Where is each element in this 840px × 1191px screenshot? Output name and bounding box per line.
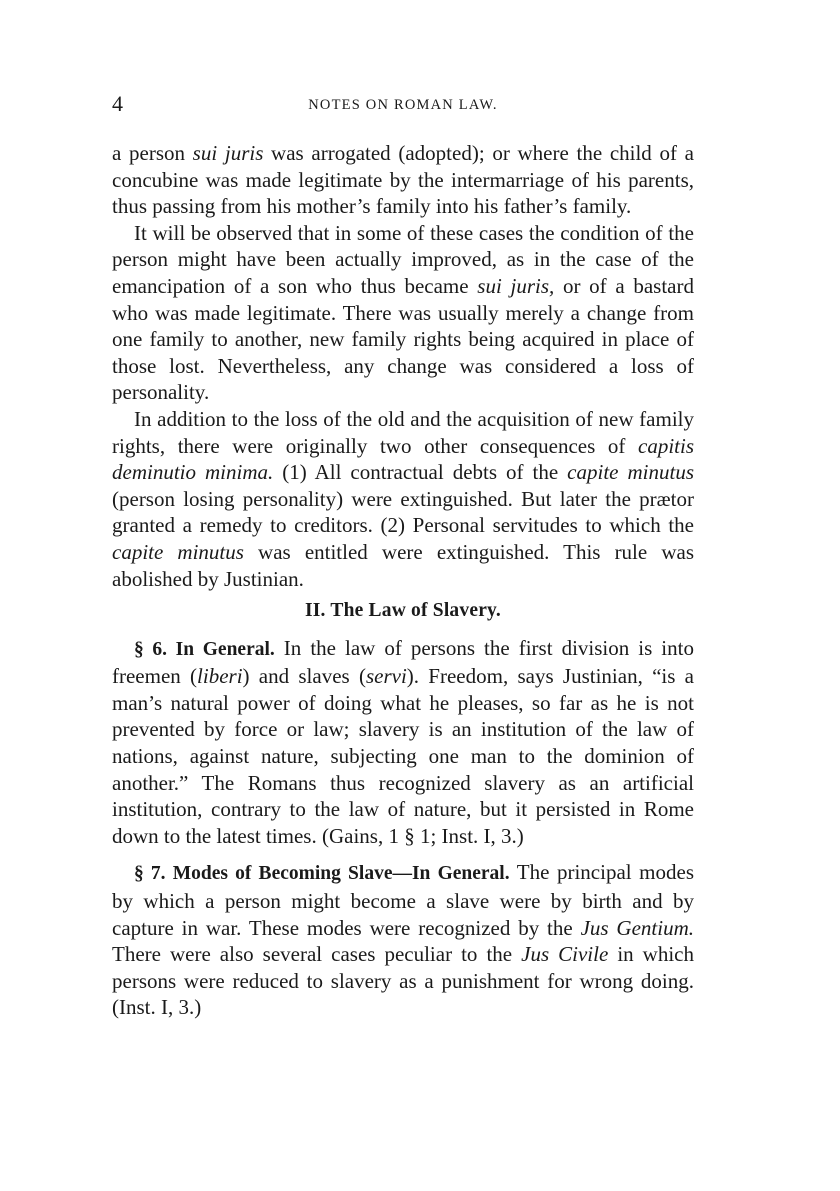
italic-term: capite minutus xyxy=(112,540,244,564)
chapter-heading: II. The Law of Slavery. xyxy=(112,598,694,625)
section-label: § 7. Modes of Becoming Slave—In General. xyxy=(134,863,510,884)
text-run: (person losing personality) were extingu… xyxy=(112,487,694,538)
section-6: § 6. In General. In the law of persons t… xyxy=(112,635,694,850)
text-run: a person xyxy=(112,141,193,165)
italic-term: capite minutus xyxy=(567,460,694,484)
text-run: There were also several cases peculiar t… xyxy=(112,942,521,966)
paragraph-condition: It will be observed that in some of thes… xyxy=(112,220,694,406)
text-run: ) and slaves ( xyxy=(243,664,366,688)
section-7: § 7. Modes of Becoming Slave—In General.… xyxy=(112,859,694,1021)
text-run: (1) All contractual debts of the xyxy=(273,460,567,484)
italic-term: Jus Civile xyxy=(521,942,608,966)
italic-term: Jus Gentium. xyxy=(581,916,694,940)
running-title: NOTES ON ROMAN LAW. xyxy=(112,97,694,114)
italic-term: sui juris xyxy=(193,141,264,165)
body-text: a person sui juris was arrogated (adopte… xyxy=(112,140,694,1021)
italic-term: liberi xyxy=(197,664,243,688)
paragraph-continuation: a person sui juris was arrogated (adopte… xyxy=(112,140,694,220)
text-run: ). Freedom, says Justinian, “is a man’s … xyxy=(112,664,694,848)
section-label: § 6. In General. xyxy=(134,639,275,660)
running-head: 4 NOTES ON ROMAN LAW. xyxy=(112,93,694,117)
paragraph-consequences: In addition to the loss of the old and t… xyxy=(112,406,694,592)
italic-term: servi xyxy=(366,664,407,688)
text-run: In addition to the loss of the old and t… xyxy=(112,407,694,458)
italic-term: sui juris, xyxy=(477,274,554,298)
